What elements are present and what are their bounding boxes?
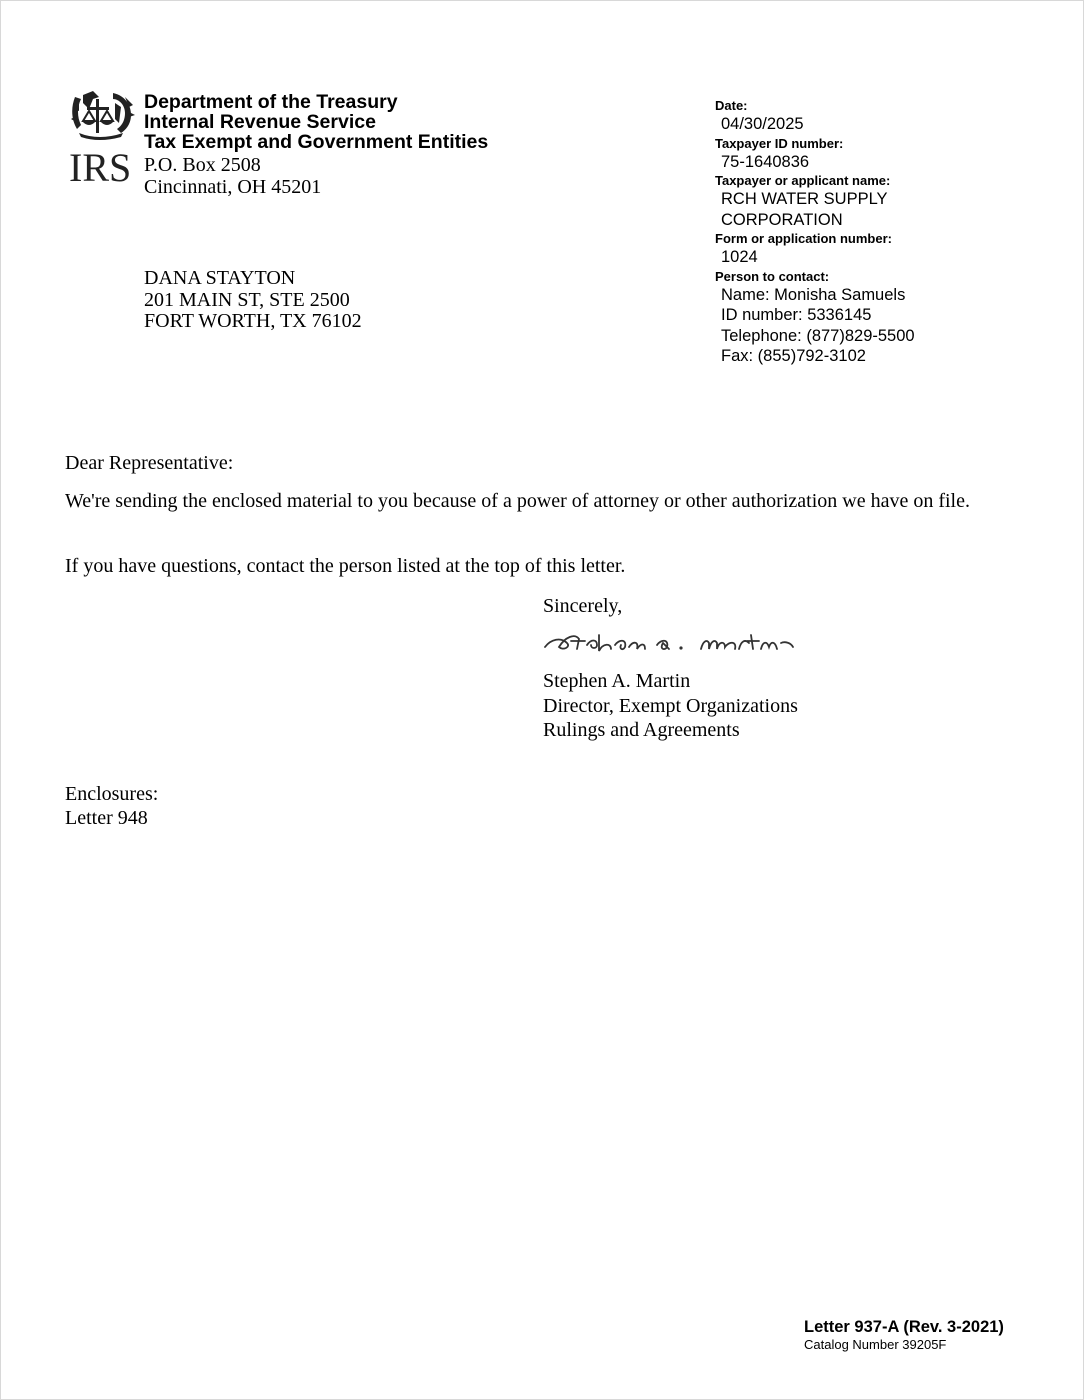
taxpayer-name-label: Taxpayer or applicant name: <box>715 173 915 189</box>
date-label: Date: <box>715 98 915 114</box>
recipient-line: FORT WORTH, TX 76102 <box>144 311 362 333</box>
taxpayer-id-field: Taxpayer ID number: 75-1640836 <box>715 136 915 173</box>
contact-line: Name: Monisha Samuels <box>715 285 915 306</box>
svg-text:IRS: IRS <box>69 145 131 185</box>
form-number-field: Form or application number: 1024 <box>715 231 915 268</box>
signer-block: Stephen A. Martin Director, Exempt Organ… <box>543 669 798 743</box>
taxpayer-name-field: Taxpayer or applicant name: RCH WATER SU… <box>715 173 915 230</box>
form-number-label: Form or application number: <box>715 231 915 247</box>
body-paragraph: We're sending the enclosed material to y… <box>65 489 1005 514</box>
agency-heading: Department of the Treasury Internal Reve… <box>144 92 488 152</box>
taxpayer-name-line: RCH WATER SUPPLY <box>715 189 915 210</box>
body-paragraph: If you have questions, contact the perso… <box>65 554 625 578</box>
agency-line: Department of the Treasury <box>144 92 488 112</box>
form-number-value: 1024 <box>715 247 915 268</box>
signer-title: Director, Exempt Organizations <box>543 694 798 719</box>
enclosures-label: Enclosures: <box>65 783 158 807</box>
catalog-number: Catalog Number 39205F <box>804 1337 1004 1353</box>
salutation: Dear Representative: <box>65 451 233 475</box>
signer-title: Rulings and Agreements <box>543 718 798 743</box>
signature-image <box>541 621 801 661</box>
contact-line: Telephone: (877)829-5500 <box>715 326 915 347</box>
recipient-address: DANA STAYTON 201 MAIN ST, STE 2500 FORT … <box>144 268 362 333</box>
contact-line: Fax: (855)792-3102 <box>715 346 915 367</box>
letter-info-block: Date: 04/30/2025 Taxpayer ID number: 75-… <box>715 98 915 368</box>
date-field: Date: 04/30/2025 <box>715 98 915 135</box>
sender-address: P.O. Box 2508 Cincinnati, OH 45201 <box>144 154 321 198</box>
form-identifier: Letter 937-A (Rev. 3-2021) <box>804 1317 1004 1337</box>
signer-name: Stephen A. Martin <box>543 669 798 694</box>
contact-label: Person to contact: <box>715 269 915 285</box>
enclosure-item: Letter 948 <box>65 807 158 831</box>
enclosures: Enclosures: Letter 948 <box>65 783 158 830</box>
contact-field: Person to contact: Name: Monisha Samuels… <box>715 269 915 367</box>
agency-line: Internal Revenue Service <box>144 112 488 132</box>
agency-line: Tax Exempt and Government Entities <box>144 132 488 152</box>
address-line: Cincinnati, OH 45201 <box>144 176 321 198</box>
address-line: P.O. Box 2508 <box>144 154 321 176</box>
letter-page: IRS Department of the Treasury Internal … <box>0 0 1084 1400</box>
taxpayer-id-value: 75-1640836 <box>715 152 915 173</box>
form-footer: Letter 937-A (Rev. 3-2021) Catalog Numbe… <box>804 1317 1004 1353</box>
recipient-line: DANA STAYTON <box>144 268 362 290</box>
taxpayer-id-label: Taxpayer ID number: <box>715 136 915 152</box>
valediction: Sincerely, <box>543 594 622 618</box>
irs-eagle-logo-icon: IRS <box>69 89 137 185</box>
date-value: 04/30/2025 <box>715 114 915 135</box>
taxpayer-name-line: CORPORATION <box>715 210 915 231</box>
recipient-line: 201 MAIN ST, STE 2500 <box>144 290 362 312</box>
contact-line: ID number: 5336145 <box>715 305 915 326</box>
